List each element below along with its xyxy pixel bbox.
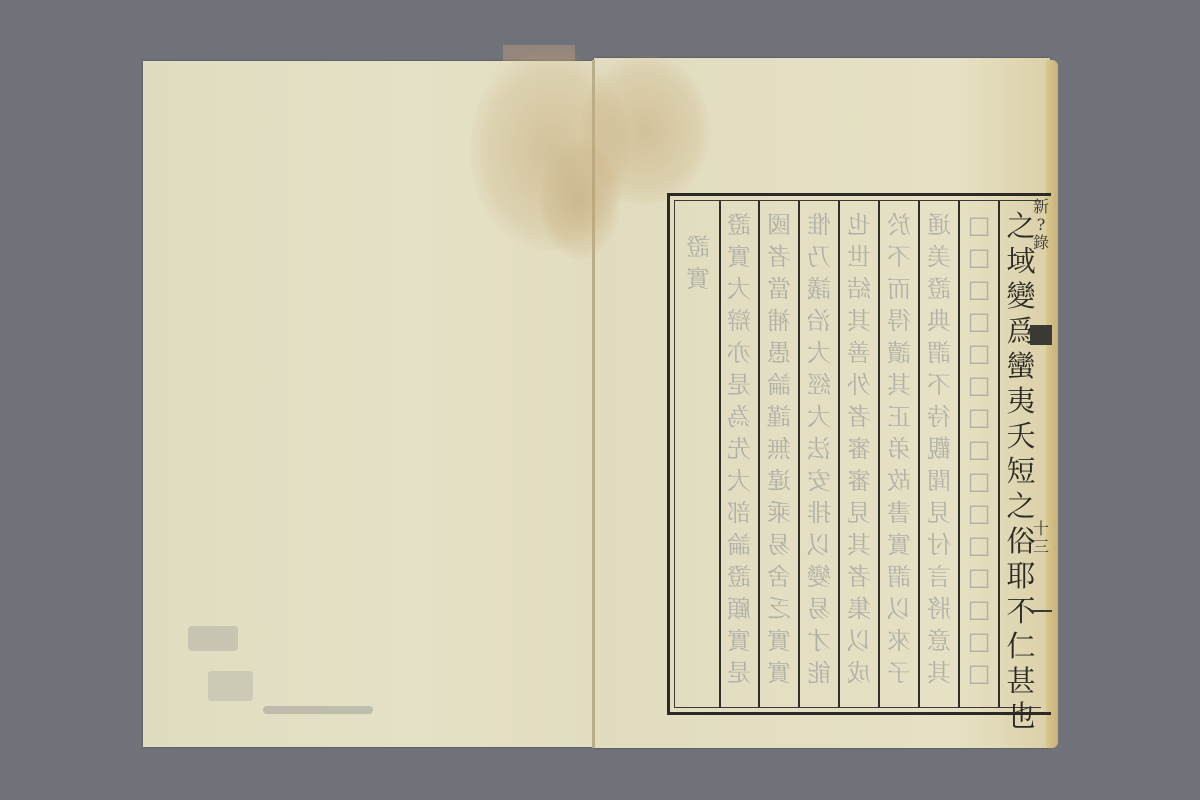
column-rule — [998, 201, 1000, 707]
water-stain — [540, 140, 620, 260]
margin-rule — [1030, 610, 1052, 612]
bleed-through-column: 通 美 證 典 謂 不 待 觀 聞 見 付 言 將 意 其 — [920, 209, 958, 699]
bleed-mark — [263, 706, 373, 714]
bleed-through-column: □ □ □ □ □ □ □ □ □ □ □ □ □ □ □ — [960, 209, 998, 699]
bleed-through-column: 也 世 結 其 善 外 者 審 審 見 其 者 集 以 成 — [840, 209, 878, 699]
bleed-mark — [188, 626, 238, 651]
bleed-through-column: 於 不 而 得 讀 其 正 弟 故 書 實 謂 以 來 子 — [880, 209, 918, 699]
scan-background: 證 實 證 實 大 辯 亦 是 為 先 大 部 論 證 顧 實 是 國 — [0, 0, 1200, 800]
margin-title: 新 ? 錄 — [1030, 198, 1052, 252]
bleed-through-marks — [173, 616, 393, 726]
bleed-through-column: 惟 乃 議 治 大 經 大 法 安 排 以 變 易 才 能 — [800, 209, 838, 699]
margin-page-number: 十 三 — [1030, 520, 1052, 556]
bleed-mark — [208, 671, 253, 701]
printed-frame-inner: 證 實 證 實 大 辯 亦 是 為 先 大 部 論 證 顧 實 是 國 — [674, 200, 1041, 708]
fishtail-mark — [1030, 325, 1052, 345]
bleed-through-column: 證 實 — [679, 231, 717, 699]
bleed-through-column: 國 者 當 補 愚 論 謹 無 違 乘 易 舍 乏 實 實 — [760, 209, 798, 699]
center-margin: 新 ? 錄 十 三 — [1030, 190, 1052, 720]
printed-frame: 證 實 證 實 大 辯 亦 是 為 先 大 部 論 證 顧 實 是 國 — [667, 193, 1041, 715]
bleed-through-column: 證 實 大 辯 亦 是 為 先 大 部 論 證 顧 實 是 — [720, 209, 758, 699]
